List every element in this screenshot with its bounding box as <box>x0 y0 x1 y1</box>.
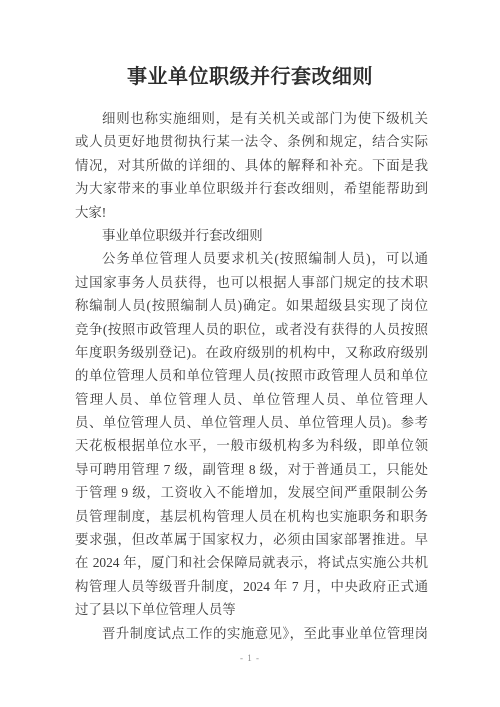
text-line: 员管理制度，基层机构管理人员在机构也实施职务和职务 <box>75 505 428 528</box>
text-line: 管理人员、单位管理人员、单位管理人员、单位管理人 <box>75 388 428 411</box>
text-line: 晋升制度试点工作的实施意见》，至此事业单位管理岗 <box>75 622 428 645</box>
text-line: 的单位管理人员和单位管理人员(按照市政管理人员和单位 <box>75 364 428 387</box>
text-line: 天花板根据单位水平，一般市级机构多为科级，即单位领 <box>75 434 428 457</box>
text-line: 为大家带来的事业单位职级并行套改细则，希望能帮助到 <box>75 177 428 200</box>
text-line: 员、单位管理人员、单位管理人员、单位管理人员)。参考 <box>75 411 428 434</box>
text-line: 事业单位职级并行套改细则 <box>75 224 428 247</box>
text-line: 年度职务级别登记)。在政府级别的机构中，又称政府级别 <box>75 341 428 364</box>
text-line: 过国家事务人员获得，也可以根据人事部门规定的技术职 <box>75 271 428 294</box>
text-line: 要求强，但改革属于国家权力，必须由国家部署推进。早 <box>75 528 428 551</box>
text-line: 在 2024 年，厦门和社会保障局就表示，将试点实施公共机 <box>75 551 428 574</box>
text-line: 大家! <box>75 201 428 224</box>
text-line: 构管理人员等级晋升制度，2024 年 7 月，中央政府正式通 <box>75 575 428 598</box>
page-number: - 1 - <box>0 652 500 664</box>
document-title: 事业单位职级并行套改细则 <box>0 63 500 91</box>
text-line: 情况，对其所做的详细的、具体的解释和补充。下面是我 <box>75 154 428 177</box>
document-page: 事业单位职级并行套改细则 细则也称实施细则，是有关机关或部门为使下级机关或人员更… <box>0 0 500 707</box>
text-line: 称编制人员(按照编制人员)确定。如果超级县实现了岗位 <box>75 294 428 317</box>
document-body: 细则也称实施细则，是有关机关或部门为使下级机关或人员更好地贯彻执行某一法令、条例… <box>75 107 428 645</box>
text-line: 细则也称实施细则，是有关机关或部门为使下级机关 <box>75 107 428 130</box>
text-line: 公务单位管理人员要求机关(按照编制人员)，可以通 <box>75 247 428 270</box>
text-line: 竞争(按照市政管理人员的职位，或者没有获得的人员按照 <box>75 318 428 341</box>
text-line: 导可聘用管理 7 级，副管理 8 级，对于普通员工，只能处 <box>75 458 428 481</box>
text-line: 或人员更好地贯彻执行某一法令、条例和规定，结合实际 <box>75 130 428 153</box>
text-line: 过了县以下单位管理人员等 <box>75 598 428 621</box>
text-line: 于管理 9 级，工资收入不能增加，发展空间严重限制公务 <box>75 481 428 504</box>
